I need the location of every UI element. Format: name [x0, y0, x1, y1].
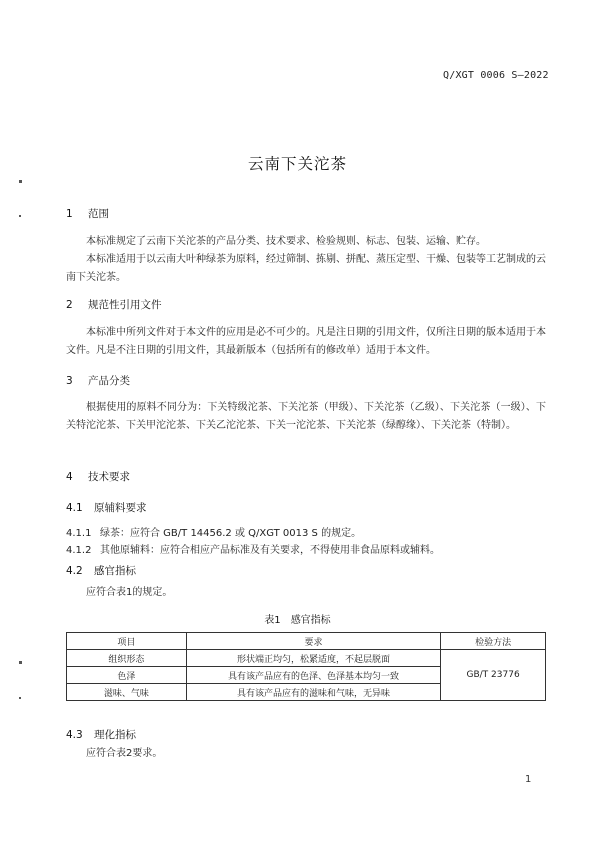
item-cell: 组织形态 — [67, 650, 187, 667]
item-cell: 色泽 — [67, 667, 187, 684]
section-title: 规范性引用文件 — [88, 299, 162, 311]
subsection-title: 原辅料要求 — [94, 502, 147, 514]
page-number: 1 — [525, 774, 531, 785]
subsection-number: 4.1 — [66, 502, 94, 514]
header-cell: 检验方法 — [441, 633, 546, 650]
subsection-number: 4.2 — [66, 565, 94, 577]
table-header-row: 项目 要求 检验方法 — [67, 633, 546, 650]
section-heading-product-classification: 3产品分类 — [66, 373, 130, 388]
section-number: 4 — [66, 471, 88, 483]
paragraph: 本标准适用于以云南大叶种绿茶为原料，经过筛制、拣剔、拼配、蒸压定型、干燥、包装等… — [66, 251, 546, 287]
scan-mark — [19, 661, 22, 664]
requirement-cell: 具有该产品应有的色泽、色泽基本均匀一致 — [186, 667, 440, 684]
paragraph: 根据使用的原料不同分为：下关特级沱茶、下关沱茶（甲级）、下关沱茶（乙级）、下关沱… — [66, 399, 546, 435]
requirement-cell: 形状端正均匀，松紧适度，不起层脱面 — [186, 650, 440, 667]
subsection-heading-physicochemical-indicators: 4.3理化指标 — [66, 727, 136, 742]
clause-number: 4.1.2 — [66, 545, 100, 556]
paragraph: 本标准规定了云南下关沱茶的产品分类、技术要求、检验规则、标志、包装、运输、贮存。 — [66, 233, 546, 251]
table-row: 组织形态 形状端正均匀，松紧适度，不起层脱面 GB/T 23776 — [67, 650, 546, 667]
table-caption: 表1感官指标 — [0, 611, 595, 626]
section-title: 范围 — [88, 208, 109, 220]
section-number: 1 — [66, 208, 88, 220]
table-title: 感官指标 — [291, 615, 331, 626]
scan-mark — [19, 697, 21, 699]
subsection-title: 理化指标 — [94, 729, 136, 741]
section-heading-technical-requirements: 4技术要求 — [66, 469, 130, 484]
sensory-indicators-table: 项目 要求 检验方法 组织形态 形状端正均匀，松紧适度，不起层脱面 GB/T 2… — [66, 632, 546, 701]
section-number: 2 — [66, 299, 88, 311]
subsection-heading-raw-materials: 4.1原辅料要求 — [66, 500, 147, 515]
item-cell: 滋味、气味 — [67, 684, 187, 701]
subsection-title: 感官指标 — [94, 565, 136, 577]
document-title: 云南下关沱茶 — [0, 152, 595, 174]
header-cell: 项目 — [67, 633, 187, 650]
subsection-heading-sensory-indicators: 4.2感官指标 — [66, 563, 136, 578]
section-number: 3 — [66, 375, 88, 387]
requirement-cell: 具有该产品应有的滋味和气味，无异味 — [186, 684, 440, 701]
clause-text: 绿茶：应符合 GB/T 14456.2 或 Q/XGT 0013 S 的规定。 — [100, 528, 361, 539]
standard-code: Q/XGT 0006 S—2022 — [443, 70, 549, 81]
clause-item: 4.1.1绿茶：应符合 GB/T 14456.2 或 Q/XGT 0013 S … — [66, 524, 361, 539]
method-cell: GB/T 23776 — [441, 650, 546, 701]
paragraph: 应符合表1的规定。 — [66, 584, 546, 602]
header-cell: 要求 — [186, 633, 440, 650]
section-title: 产品分类 — [88, 375, 130, 387]
paragraph: 本标准中所列文件对于本文件的应用是必不可少的。凡是注日期的引用文件，仅所注日期的… — [66, 324, 546, 360]
clause-number: 4.1.1 — [66, 528, 100, 539]
table-label: 表1 — [264, 615, 280, 626]
paragraph: 应符合表2要求。 — [66, 745, 546, 763]
section-heading-normative-references: 2规范性引用文件 — [66, 297, 162, 312]
section-heading-scope: 1范围 — [66, 206, 109, 221]
clause-item: 4.1.2其他原辅料：应符合相应产品标准及有关要求，不得使用非食品原料或辅料。 — [66, 541, 440, 556]
clause-text: 其他原辅料：应符合相应产品标准及有关要求，不得使用非食品原料或辅料。 — [100, 545, 440, 556]
scan-mark — [19, 180, 22, 183]
section-title: 技术要求 — [88, 471, 130, 483]
subsection-number: 4.3 — [66, 729, 94, 741]
scan-mark — [19, 215, 21, 217]
